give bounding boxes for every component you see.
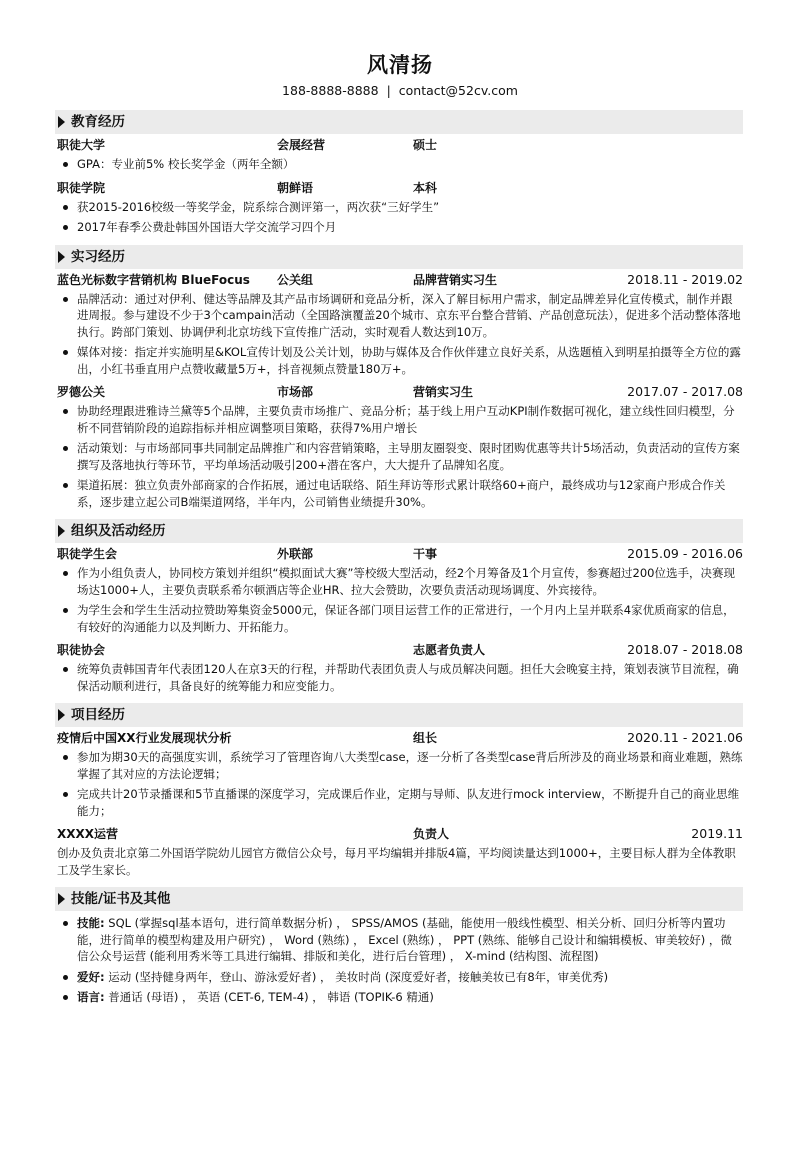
position: 干事 [413, 543, 613, 565]
project-name: 疫情后中国XX行业发展现状分析 [57, 727, 413, 749]
hobbies-item: 爱好: 运动 (坚持健身两年，登山、游泳爱好者) ， 美妆时尚 (深度爱好者，接… [57, 969, 743, 986]
degree: 本科 [413, 177, 613, 199]
section-title: 组织及活动经历 [71, 519, 166, 543]
education-entry: 职徒学院 朝鲜语 本科 获2015-2016校级一等奖学金，院系综合测评第一，两… [57, 177, 743, 236]
position: 负责人 [413, 823, 613, 845]
position: 志愿者负责人 [413, 639, 613, 661]
activity-entry: 职徒学生会 外联部 干事 2015.09 - 2016.06 作为小组负责人，协… [57, 543, 743, 635]
section-title: 项目经历 [71, 703, 125, 727]
internship-entry: 蓝色光标数字营销机构 BlueFocus 公关组 品牌营销实习生 2018.11… [57, 269, 743, 378]
contact-separator: | [387, 83, 391, 98]
item-label: 语言: [77, 990, 105, 1004]
school-name: 职徒学院 [57, 177, 277, 199]
section-header: 组织及活动经历 [55, 519, 743, 543]
section-skills: 技能/证书及其他 技能: SQL (掌握sql基本语句，进行简单数据分析) ， … [57, 887, 743, 1006]
candidate-name: 风清扬 [57, 50, 743, 80]
position: 品牌营销实习生 [413, 269, 613, 291]
project-name: XXXX运营 [57, 823, 413, 845]
list-item: 渠道拓展：独立负责外部商家的合作拓展，通过电话联络、陌生拜访等形式累计联络60+… [57, 477, 743, 510]
triangle-right-icon [58, 893, 65, 905]
item-label: 技能: [77, 916, 105, 930]
item-text: 运动 (坚持健身两年，登山、游泳爱好者) ， 美妆时尚 (深度爱好者，接触美妆已… [105, 970, 609, 984]
organization-name: 职徒协会 [57, 639, 277, 661]
entry-header: 职徒大学 会展经营 硕士 [57, 134, 743, 156]
item-label: 爱好: [77, 970, 105, 984]
section-title: 教育经历 [71, 110, 125, 134]
internship-entry: 罗德公关 市场部 营销实习生 2017.07 - 2017.08 协助经理跟进雅… [57, 381, 743, 510]
project-description: 创办及负责北京第二外国语学院幼儿园官方微信公众号，每月平均编辑并排版4篇，平均阅… [57, 845, 743, 878]
department: 公关组 [277, 269, 413, 291]
list-item: 2017年春季公费赴韩国外国语大学交流学习四个月 [57, 219, 743, 236]
section-projects: 项目经历 疫情后中国XX行业发展现状分析 组长 2020.11 - 2021.0… [57, 703, 743, 878]
skills-item: 技能: SQL (掌握sql基本语句，进行简单数据分析) ， SPSS/AMOS… [57, 915, 743, 965]
phone-number: 188-8888-8888 [282, 83, 379, 98]
section-internship: 实习经历 蓝色光标数字营销机构 BlueFocus 公关组 品牌营销实习生 20… [57, 245, 743, 511]
list-item: 媒体对接：指定并实施明星&KOL宣传计划及公关计划，协助与媒体及合作伙伴建立良好… [57, 344, 743, 377]
section-header: 技能/证书及其他 [55, 887, 743, 911]
date-range: 2015.09 - 2016.06 [627, 543, 743, 565]
department: 市场部 [277, 381, 413, 403]
email-address: contact@52cv.com [399, 83, 518, 98]
list-item: GPA：专业前5% 校长奖学金（两年全额） [57, 156, 743, 173]
major: 朝鲜语 [277, 177, 413, 199]
section-activities: 组织及活动经历 职徒学生会 外联部 干事 2015.09 - 2016.06 作… [57, 519, 743, 694]
section-header: 教育经历 [55, 110, 743, 134]
organization-name: 职徒学生会 [57, 543, 277, 565]
item-text: 普通话 (母语) ， 英语 (CET-6, TEM-4) ， 韩语 (TOPIK… [105, 990, 434, 1004]
major: 会展经营 [277, 134, 413, 156]
date-range: 2019.11 [691, 823, 743, 845]
activity-entry: 职徒协会 志愿者负责人 2018.07 - 2018.08 统筹负责韩国青年代表… [57, 639, 743, 694]
list-item: 协助经理跟进雅诗兰黛等5个品牌，主要负责市场推广、竞品分析；基于线上用户互动KP… [57, 403, 743, 436]
list-item: 为学生会和学生生活动拉赞助筹集资金5000元，保证各部门项目运营工作的正常进行，… [57, 602, 743, 635]
company-name: 罗德公关 [57, 381, 277, 403]
section-title: 实习经历 [71, 245, 125, 269]
list-item: 活动策划：与市场部同事共同制定品牌推广和内容营销策略，主导朋友圈裂变、限时团购优… [57, 440, 743, 473]
entry-header: 职徒学生会 外联部 干事 2015.09 - 2016.06 [57, 543, 743, 565]
triangle-right-icon [58, 116, 65, 128]
triangle-right-icon [58, 709, 65, 721]
position: 营销实习生 [413, 381, 613, 403]
position: 组长 [413, 727, 613, 749]
entry-header: 职徒学院 朝鲜语 本科 [57, 177, 743, 199]
section-header: 实习经历 [55, 245, 743, 269]
section-header: 项目经历 [55, 703, 743, 727]
entry-header: 蓝色光标数字营销机构 BlueFocus 公关组 品牌营销实习生 2018.11… [57, 269, 743, 291]
degree: 硕士 [413, 134, 613, 156]
list-item: 完成共计20节录播课和5节直播课的深度学习，完成课后作业，定期与导师、队友进行m… [57, 786, 743, 819]
list-item: 统筹负责韩国青年代表团120人在京3天的行程，并帮助代表团负责人与成员解决问题。… [57, 661, 743, 694]
department: 外联部 [277, 543, 413, 565]
resume-page: 风清扬 188-8888-8888|contact@52cv.com 教育经历 … [57, 0, 743, 1010]
department [277, 639, 413, 661]
company-name: 蓝色光标数字营销机构 BlueFocus [57, 269, 277, 291]
triangle-right-icon [58, 525, 65, 537]
item-text: SQL (掌握sql基本语句，进行简单数据分析) ， SPSS/AMOS (基础… [77, 916, 732, 963]
school-name: 职徒大学 [57, 134, 277, 156]
date-range: 2020.11 - 2021.06 [627, 727, 743, 749]
triangle-right-icon [58, 251, 65, 263]
entry-header: 职徒协会 志愿者负责人 2018.07 - 2018.08 [57, 639, 743, 661]
date-range: 2018.11 - 2019.02 [627, 269, 743, 291]
section-title: 技能/证书及其他 [71, 887, 170, 911]
list-item: 获2015-2016校级一等奖学金，院系综合测评第一，两次获“三好学生” [57, 199, 743, 216]
list-item: 作为小组负责人，协同校方策划并组织“模拟面试大赛”等校级大型活动，经2个月筹备及… [57, 565, 743, 598]
date-range: 2018.07 - 2018.08 [627, 639, 743, 661]
date-range: 2017.07 - 2017.08 [627, 381, 743, 403]
entry-header: XXXX运营 负责人 2019.11 [57, 823, 743, 845]
project-entry: XXXX运营 负责人 2019.11 创办及负责北京第二外国语学院幼儿园官方微信… [57, 823, 743, 878]
list-item: 品牌活动：通过对伊利、健达等品牌及其产品市场调研和竞品分析，深入了解目标用户需求… [57, 291, 743, 341]
languages-item: 语言: 普通话 (母语) ， 英语 (CET-6, TEM-4) ， 韩语 (T… [57, 989, 743, 1006]
contact-line: 188-8888-8888|contact@52cv.com [57, 81, 743, 101]
section-education: 教育经历 职徒大学 会展经营 硕士 GPA：专业前5% 校长奖学金（两年全额） … [57, 110, 743, 236]
list-item: 参加为期30天的高强度实训，系统学习了管理咨询八大类型case，逐一分析了各类型… [57, 749, 743, 782]
education-entry: 职徒大学 会展经营 硕士 GPA：专业前5% 校长奖学金（两年全额） [57, 134, 743, 173]
entry-header: 疫情后中国XX行业发展现状分析 组长 2020.11 - 2021.06 [57, 727, 743, 749]
entry-header: 罗德公关 市场部 营销实习生 2017.07 - 2017.08 [57, 381, 743, 403]
project-entry: 疫情后中国XX行业发展现状分析 组长 2020.11 - 2021.06 参加为… [57, 727, 743, 819]
